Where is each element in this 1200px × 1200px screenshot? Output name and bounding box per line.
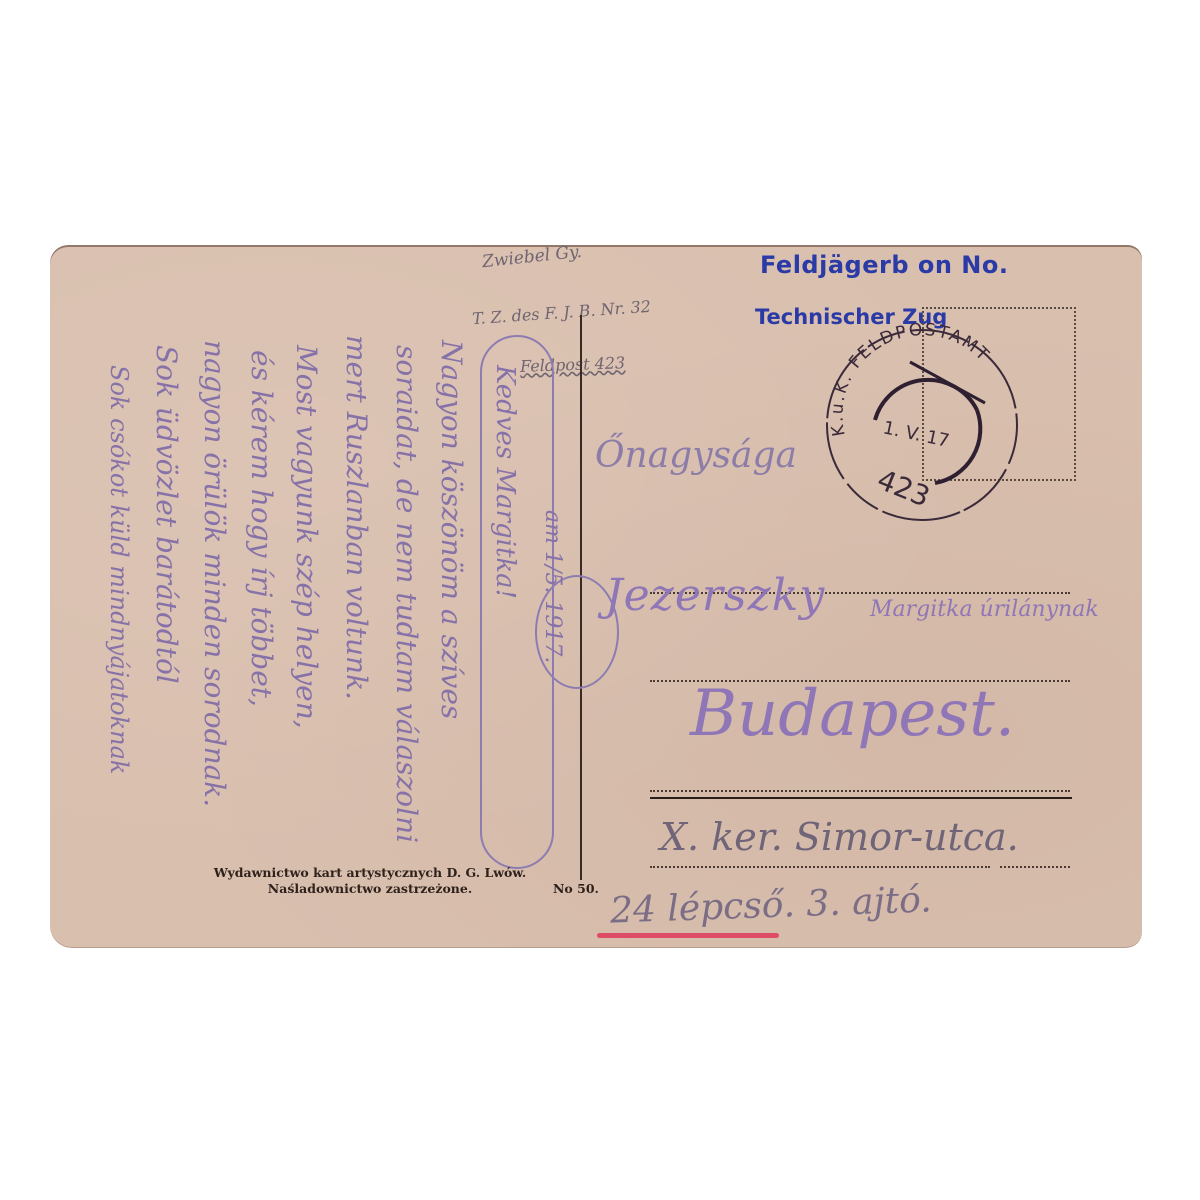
svg-text:K.u.K. FELDPOSTAMT: K.u.K. FELDPOSTAMT	[827, 320, 993, 438]
address-line-4	[650, 866, 990, 868]
address-name-rest: Margitka úrilánynak	[870, 597, 1099, 622]
message-line: nagyon örülök minden sorodnak.	[198, 340, 231, 807]
publisher-line-1: Wydawnictwo kart artystycznych D. G. Lwó…	[160, 865, 580, 881]
message-line: Most vagyunk szép helyen,	[290, 345, 323, 729]
message-line: Sok csókot küld mindnyájatoknak	[105, 365, 133, 774]
message-line: és kérem hogy írj többet,	[245, 350, 278, 707]
card-number: No 50.	[553, 881, 599, 896]
postmark: K.u.K. FELDPOSTAMT 1. V. 17 423	[815, 315, 1030, 530]
message-line: soraidat, de nem tudtam válaszolni	[390, 345, 423, 843]
publisher-imprint: Wydawnictwo kart artystycznych D. G. Lwó…	[160, 865, 580, 897]
message-line: mert Ruszlanban voltunk.	[340, 335, 373, 700]
address-salutation: Őnagysága	[595, 435, 797, 476]
address-street: X. ker. Simor-utca.	[660, 815, 1019, 859]
message-line: Sok üdvözlet barátodtól	[150, 345, 183, 684]
address-floor: 24 lépcső. 3. ajtó.	[609, 879, 932, 931]
red-pencil-underline	[597, 933, 779, 938]
postmark-number: 423	[873, 463, 935, 514]
message-date: am 1/5. 1917.	[540, 510, 565, 663]
sender-unit: T. Z. des F. J. B. Nr. 32	[472, 297, 652, 328]
city-underline	[650, 797, 1072, 799]
address-name: Jezerszky	[605, 570, 825, 621]
message-line: Nagyon köszönöm a szíves	[435, 340, 468, 719]
address-city: Budapest.	[690, 677, 1015, 751]
sender-name: Zwiebel Gy.	[481, 242, 583, 272]
postmark-top-text: K.u.K. FELDPOSTAMT	[827, 320, 993, 438]
postcard: Feldjägerb on No. Technischer Zug K.u.K.…	[50, 245, 1142, 948]
address-line-4b	[1000, 866, 1070, 868]
address-line-3	[650, 790, 1070, 792]
publisher-line-2: Naśladownictwo zastrzeżone.	[160, 881, 580, 897]
message-greeting: Kedves Margitka!	[490, 365, 520, 599]
postmark-date: 1. V. 17	[881, 417, 951, 452]
unit-stamp-line1: Feldjägerb on No.	[760, 251, 1008, 279]
